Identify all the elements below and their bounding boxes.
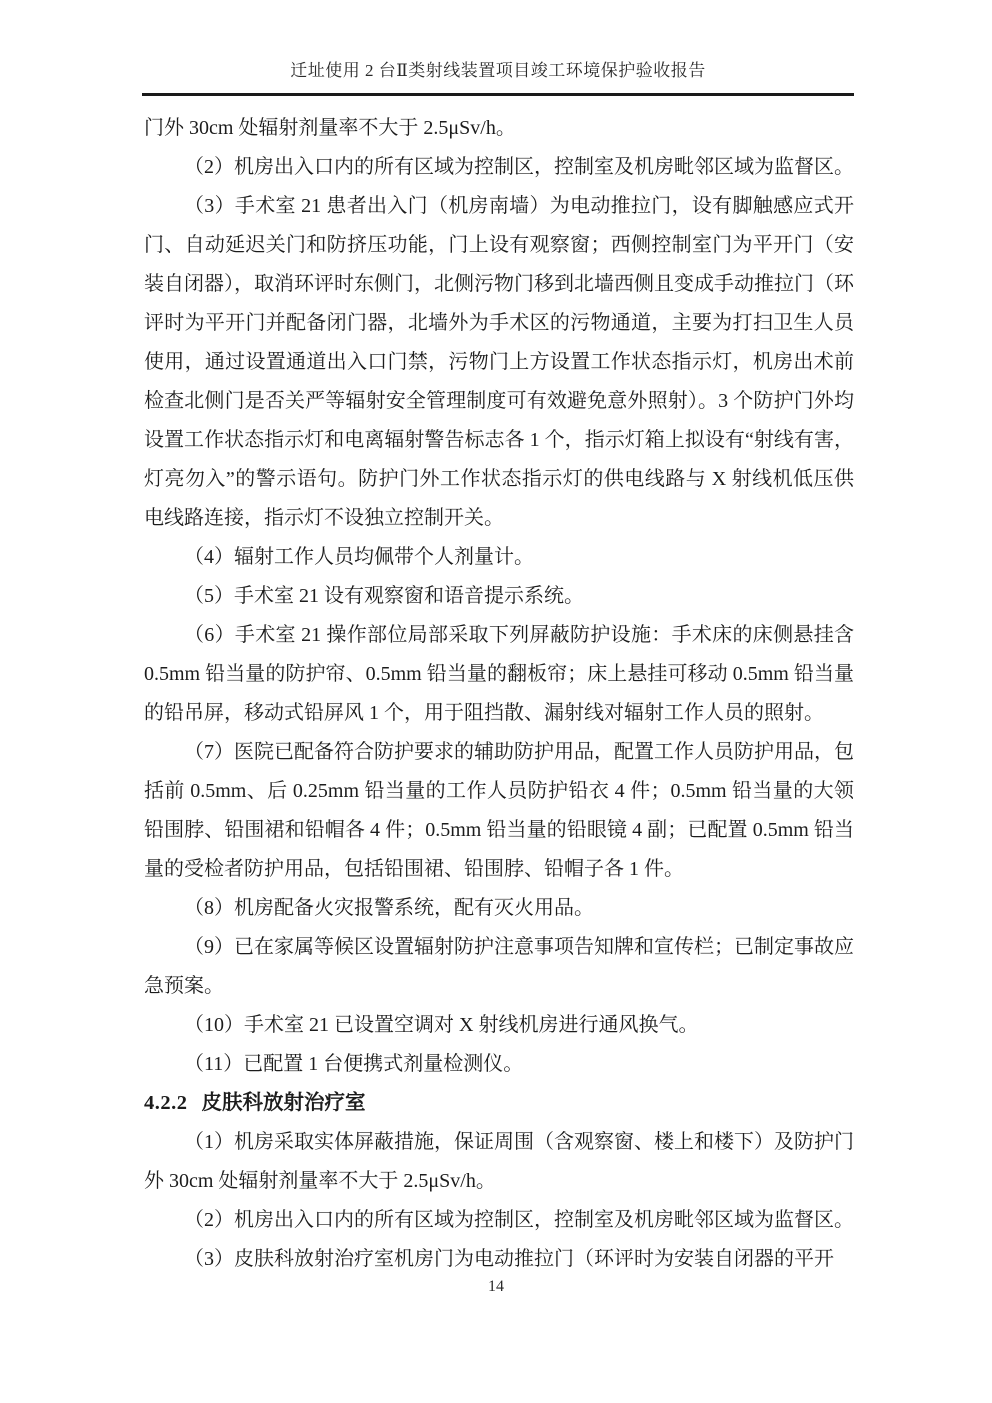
paragraph: （6）手术室 21 操作部位局部采取下列屏蔽防护设施：手术床的床侧悬挂含 0.5… — [144, 616, 854, 733]
paragraph: （8）机房配备火灾报警系统，配有灭火用品。 — [144, 889, 854, 928]
paragraph: （4）辐射工作人员均佩带个人剂量计。 — [144, 538, 854, 577]
paragraph: （5）手术室 21 设有观察窗和语音提示系统。 — [144, 577, 854, 616]
paragraph: （10）手术室 21 已设置空调对 X 射线机房进行通风换气。 — [144, 1006, 854, 1045]
paragraph: （2）机房出入口内的所有区域为控制区，控制室及机房毗邻区域为监督区。 — [144, 148, 854, 187]
paragraph: （11）已配置 1 台便携式剂量检测仪。 — [144, 1045, 854, 1084]
paragraph: （7）医院已配备符合防护要求的辅助防护用品，配置工作人员防护用品，包括前 0.5… — [144, 733, 854, 889]
page-footer: 14 — [0, 1276, 992, 1298]
section-heading-title: 皮肤科放射治疗室 — [202, 1092, 366, 1114]
page-number: 14 — [488, 1278, 504, 1295]
header-title: 迁址使用 2 台Ⅱ类射线装置项目竣工环境保护验收报告 — [142, 60, 854, 82]
paragraph: （1）机房采取实体屏蔽措施，保证周围（含观察窗、楼上和楼下）及防护门外 30cm… — [144, 1123, 854, 1201]
paragraph: （3）皮肤科放射治疗室机房门为电动推拉门（环评时为安装自闭器的平开 — [144, 1240, 854, 1279]
page-header: 迁址使用 2 台Ⅱ类射线装置项目竣工环境保护验收报告 — [142, 0, 854, 96]
section-heading-number: 4.2.2 — [144, 1092, 188, 1114]
document-page: 迁址使用 2 台Ⅱ类射线装置项目竣工环境保护验收报告 门外 30cm 处辐射剂量… — [0, 0, 992, 1403]
paragraph: （9）已在家属等候区设置辐射防护注意事项告知牌和宣传栏；已制定事故应急预案。 — [144, 928, 854, 1006]
paragraph: 门外 30cm 处辐射剂量率不大于 2.5μSv/h。 — [144, 109, 854, 148]
section-heading: 4.2.2皮肤科放射治疗室 — [144, 1084, 854, 1123]
paragraph: （2）机房出入口内的所有区域为控制区，控制室及机房毗邻区域为监督区。 — [144, 1201, 854, 1240]
paragraph: （3）手术室 21 患者出入门（机房南墙）为电动推拉门，设有脚触感应式开门、自动… — [144, 187, 854, 538]
document-body: 门外 30cm 处辐射剂量率不大于 2.5μSv/h。（2）机房出入口内的所有区… — [144, 96, 854, 1279]
